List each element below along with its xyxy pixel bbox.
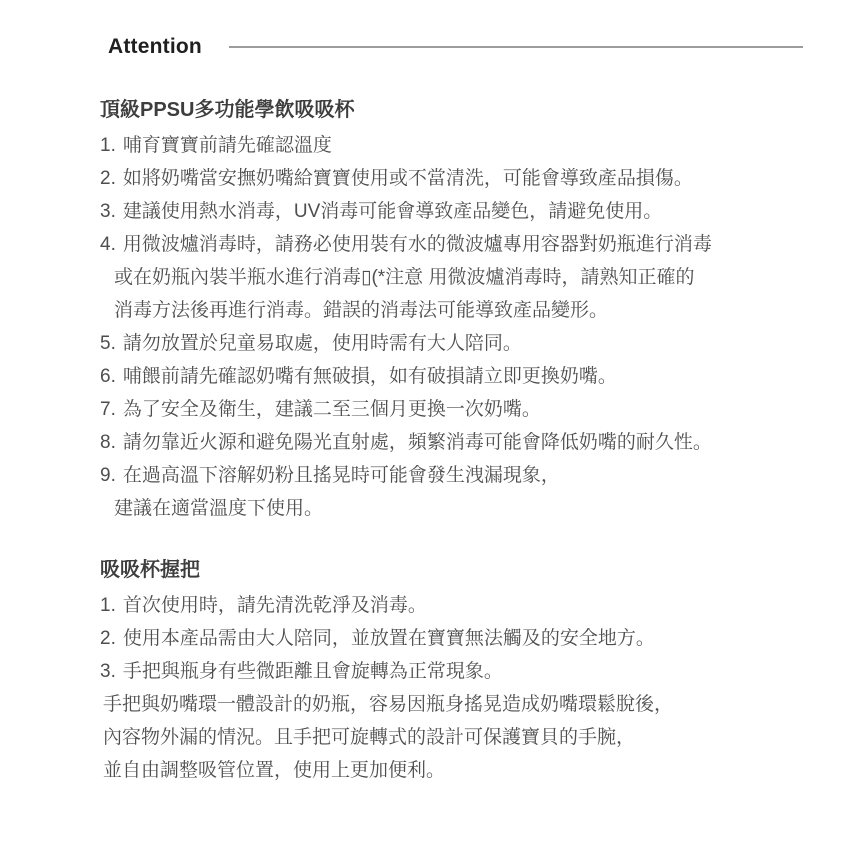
- item-text: 為了安全及衛生，建議二至三個月更換一次奶嘴。: [123, 399, 541, 420]
- section-heading: 頂級PPSU多功能學飲吸吸杯: [100, 94, 803, 127]
- item-number: 6.: [100, 360, 116, 393]
- item-number: 8.: [100, 426, 116, 459]
- list-item: 2.使用本產品需由大人陪同，並放置在寶寶無法觸及的安全地方。: [100, 622, 803, 655]
- page-title: Attention: [108, 35, 202, 59]
- list-item: 8.請勿靠近火源和避免陽光直射處，頻繁消毒可能會降低奶嘴的耐久性。: [100, 426, 803, 459]
- item-number: 9.: [100, 459, 116, 492]
- paragraph-line: 手把與奶嘴環一體設計的奶瓶，容易因瓶身搖晃造成奶嘴環鬆脫後，: [100, 688, 803, 721]
- paragraph-line: 內容物外漏的情況。且手把可旋轉式的設計可保護寶貝的手腕，: [100, 721, 803, 754]
- list-item: 5.請勿放置於兒童易取處，使用時需有大人陪同。: [100, 327, 803, 360]
- item-text: 用微波爐消毒時，請務必使用裝有水的微波爐專用容器對奶瓶進行消毒: [123, 234, 712, 255]
- item-text: 請勿放置於兒童易取處，使用時需有大人陪同。: [123, 333, 522, 354]
- list-item: 2.如將奶嘴當安撫奶嘴給寶寶使用或不當清洗，可能會導致產品損傷。: [100, 162, 803, 195]
- list-item: 7.為了安全及衛生，建議二至三個月更換一次奶嘴。: [100, 393, 803, 426]
- item-number: 3.: [100, 655, 116, 688]
- item-number: 1.: [100, 129, 116, 162]
- item-text: 哺育寶寶前請先確認溫度: [123, 135, 332, 156]
- item-text: 哺餵前請先確認奶嘴有無破損，如有破損請立即更換奶嘴。: [123, 366, 617, 387]
- item-number: 5.: [100, 327, 116, 360]
- paragraph-line: 並自由調整吸管位置，使用上更加便利。: [100, 754, 803, 787]
- list-item: 1.哺育寶寶前請先確認溫度: [100, 129, 803, 162]
- section-1: 頂級PPSU多功能學飲吸吸杯1.哺育寶寶前請先確認溫度2.如將奶嘴當安撫奶嘴給寶…: [100, 94, 803, 525]
- attention-page: Attention 頂級PPSU多功能學飲吸吸杯1.哺育寶寶前請先確認溫度2.如…: [0, 0, 850, 850]
- item-text: 如將奶嘴當安撫奶嘴給寶寶使用或不當清洗，可能會導致產品損傷。: [123, 168, 693, 189]
- list-item: 3.手把與瓶身有些微距離且會旋轉為正常現象。: [100, 655, 803, 688]
- list-item: 9.在過高溫下溶解奶粉且搖晃時可能會發生洩漏現象，: [100, 459, 803, 492]
- list-item: 4.用微波爐消毒時，請務必使用裝有水的微波爐專用容器對奶瓶進行消毒: [100, 228, 803, 261]
- item-text: 手把與瓶身有些微距離且會旋轉為正常現象。: [123, 661, 503, 682]
- header-divider-line: [229, 46, 803, 48]
- list-item: 3.建議使用熱水消毒，UV消毒可能會導致產品變色，請避免使用。: [100, 195, 803, 228]
- section-2: 吸吸杯握把1.首次使用時，請先清洗乾淨及消毒。2.使用本產品需由大人陪同，並放置…: [100, 554, 803, 787]
- list-item: 1.首次使用時，請先清洗乾淨及消毒。: [100, 589, 803, 622]
- item-number: 2.: [100, 162, 116, 195]
- item-text: 請勿靠近火源和避免陽光直射處，頻繁消毒可能會降低奶嘴的耐久性。: [123, 432, 712, 453]
- item-number: 4.: [100, 228, 116, 261]
- item-text: 在過高溫下溶解奶粉且搖晃時可能會發生洩漏現象，: [123, 465, 560, 486]
- item-number: 1.: [100, 589, 116, 622]
- item-text: 首次使用時，請先清洗乾淨及消毒。: [123, 595, 427, 616]
- list-item: 6.哺餵前請先確認奶嘴有無破損，如有破損請立即更換奶嘴。: [100, 360, 803, 393]
- list-item-continuation: 或在奶瓶內裝半瓶水進行消毒▯(*注意 用微波爐消毒時，請熟知正確的: [100, 261, 803, 294]
- item-number: 2.: [100, 622, 116, 655]
- content: 頂級PPSU多功能學飲吸吸杯1.哺育寶寶前請先確認溫度2.如將奶嘴當安撫奶嘴給寶…: [100, 94, 803, 787]
- list-item-continuation: 建議在適當溫度下使用。: [100, 492, 803, 525]
- list-item-continuation: 消毒方法後再進行消毒。錯誤的消毒法可能導致產品變形。: [100, 294, 803, 327]
- item-text: 建議使用熱水消毒，UV消毒可能會導致產品變色，請避免使用。: [123, 201, 662, 222]
- item-text: 使用本產品需由大人陪同，並放置在寶寶無法觸及的安全地方。: [123, 628, 655, 649]
- section-heading: 吸吸杯握把: [100, 554, 803, 587]
- page-header: Attention: [100, 34, 803, 60]
- item-number: 7.: [100, 393, 116, 426]
- item-number: 3.: [100, 195, 116, 228]
